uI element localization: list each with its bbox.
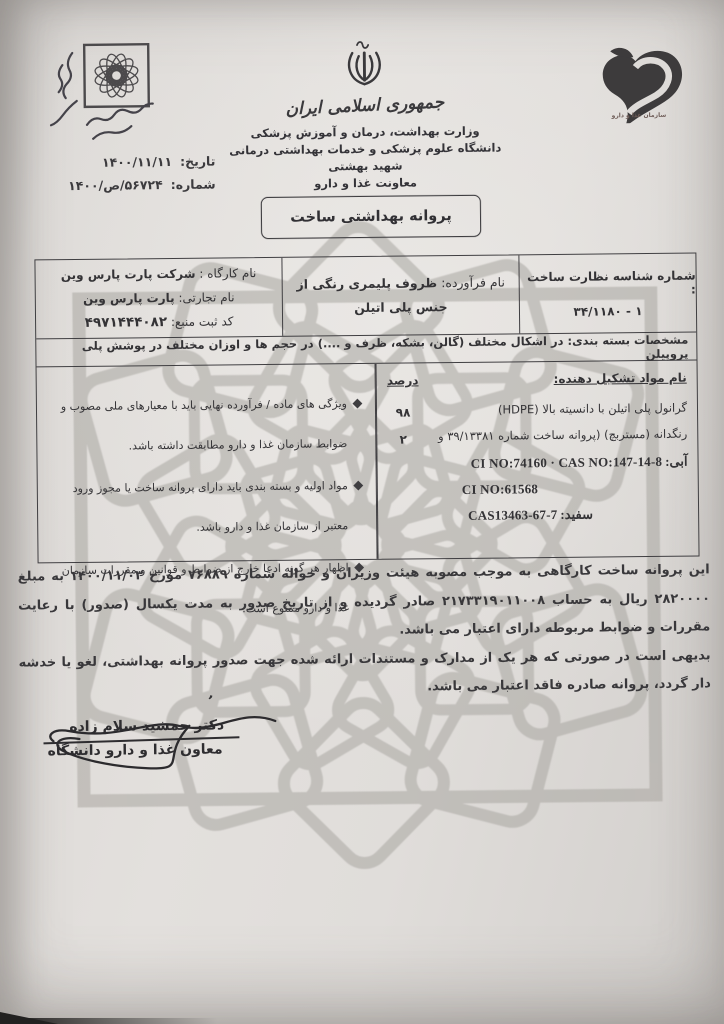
workshop-label: نام کارگاه : [199, 266, 256, 281]
permit-title-box: پروانه بهداشتی ساخت [261, 195, 481, 239]
product-value: ظروف پلیمری رنگی از جنس پلی اتیلن [296, 275, 447, 315]
signature-block: ʼ دکتر جمشید سلام زاده معاون غذا و دارو … [39, 695, 290, 788]
date-value: ۱۴۰۰/۱۱/۱۱ [102, 150, 172, 174]
color-code: CI NO:74160 · CAS NO:147-14-8 [471, 449, 663, 477]
deputy-line: معاونت غذا و دارو [216, 173, 516, 193]
color-code: CI NO:61568 [462, 476, 539, 503]
color-code: CAS13463-67-7 [468, 502, 558, 529]
validity-paragraph: این پروانه ساخت کارگاهی به موجب مصوبه هی… [18, 556, 711, 649]
letterhead-center: جمهوری اسلامی ایران وزارت بهداشت، درمان … [214, 36, 516, 193]
condition-text: مواد اولیه و بسته بندی باید دارای پروانه… [46, 466, 349, 549]
trade-value: پارت پارس وین [83, 291, 175, 306]
ingredient-row: رنگدانه (مستربچ) (پروانه ساخت شماره ۳۹/۱… [433, 421, 687, 450]
product-label: نام فرآورده: [441, 274, 505, 290]
product-cell: نام فرآورده: ظروف پلیمری رنگی از جنس پلی… [281, 255, 519, 335]
ingredient-row: گرانول پلی اتیلن با دانسیته بالا (HDPE) [433, 395, 687, 424]
fdo-logo-caption: سازمان غذا و دارو [597, 112, 681, 120]
manufacturer-cell: نام کارگاه : شرکت پارت پارس وین نام تجار… [35, 258, 282, 339]
permit-table: شماره شناسه نظارت ساخت : ۳۴/۱۱۸۰ - ۱ نام… [34, 252, 699, 563]
number-row: شماره:۱۴۰۰/ص/۵۶۷۲۴ [36, 173, 216, 198]
condition-item: مواد اولیه و بسته بندی باید دارای پروانه… [46, 466, 363, 549]
percent-header: درصد [377, 373, 429, 388]
ingredients-cell: نام مواد تشکیل دهنده: گرانول پلی اتیلن ب… [375, 360, 699, 558]
scan-edge-shadow [0, 1018, 724, 1024]
color-code-lines: آبی: CI NO:74160 · CAS NO:147-14-8 CI NO… [433, 449, 688, 530]
condition-item: ویژگی های ماده / فرآورده نهایی باید با م… [45, 384, 362, 467]
trade-label: نام تجارتی: [178, 290, 234, 305]
iran-emblem-icon [332, 38, 397, 93]
date-row: تاریخ:۱۴۰۰/۱۱/۱۱ [35, 150, 215, 175]
number-label: شماره: [171, 177, 216, 192]
university-logo-calligraphy [50, 52, 154, 139]
color-code-row: CI NO:61568 [434, 475, 688, 504]
number-value: ۱۴۰۰/ص/۵۶۷۲۴ [68, 173, 163, 197]
ingredients-list: نام مواد تشکیل دهنده: گرانول پلی اتیلن ب… [429, 360, 699, 558]
date-label: تاریخ: [180, 154, 215, 169]
color-code-row: آبی: CI NO:74160 · CAS NO:147-14-8 [433, 449, 687, 478]
permit-body-text: این پروانه ساخت کارگاهی به موجب مصوبه هی… [18, 556, 711, 706]
scan-corner-shadow [0, 1012, 58, 1024]
reg-value: ۴۹۷۱۴۴۴۰۸۲ [85, 314, 168, 331]
condition-text: ویژگی های ماده / فرآورده نهایی باید با م… [45, 384, 348, 467]
supervision-id-label: شماره شناسه نظارت ساخت : [520, 268, 696, 298]
diamond-bullet-icon [353, 481, 363, 491]
color-code-row: سفید: CAS13463-67-7 [434, 501, 688, 530]
reg-label: کد ثبت منبع: [171, 314, 234, 329]
supervision-id-value: ۳۴/۱۱۸۰ - ۱ [573, 304, 642, 319]
supervision-id-cell: شماره شناسه نظارت ساخت : ۳۴/۱۱۸۰ - ۱ [518, 254, 696, 334]
color-label: آبی: [665, 449, 688, 475]
workshop-value: شرکت پارت پارس وین [61, 267, 196, 282]
percent-column: درصد ۹۸ ۲ [376, 363, 431, 559]
table-row-composition: نام مواد تشکیل دهنده: گرانول پلی اتیلن ب… [37, 360, 699, 562]
conditions-cell: ویژگی های ماده / فرآورده نهایی باید با م… [37, 364, 377, 563]
university-logo [42, 38, 175, 154]
university-line: دانشگاه علوم پزشکی و خدمات بهداشتی درمان… [215, 139, 515, 176]
percent-value: ۹۸ [377, 399, 429, 427]
diamond-bullet-icon [352, 399, 362, 409]
handwritten-signature [39, 695, 290, 788]
ingredients-header: نام مواد تشکیل دهنده: [433, 371, 687, 388]
color-label: سفید: [560, 502, 593, 528]
scanned-permit-page: جمهوری اسلامی ایران وزارت بهداشت، درمان … [0, 0, 724, 1024]
table-row-identity: شماره شناسه نظارت ساخت : ۳۴/۱۱۸۰ - ۱ نام… [35, 254, 696, 340]
percent-value: ۲ [377, 426, 429, 454]
date-number-block: تاریخ:۱۴۰۰/۱۱/۱۱ شماره:۱۴۰۰/ص/۵۶۷۲۴ [35, 150, 215, 198]
